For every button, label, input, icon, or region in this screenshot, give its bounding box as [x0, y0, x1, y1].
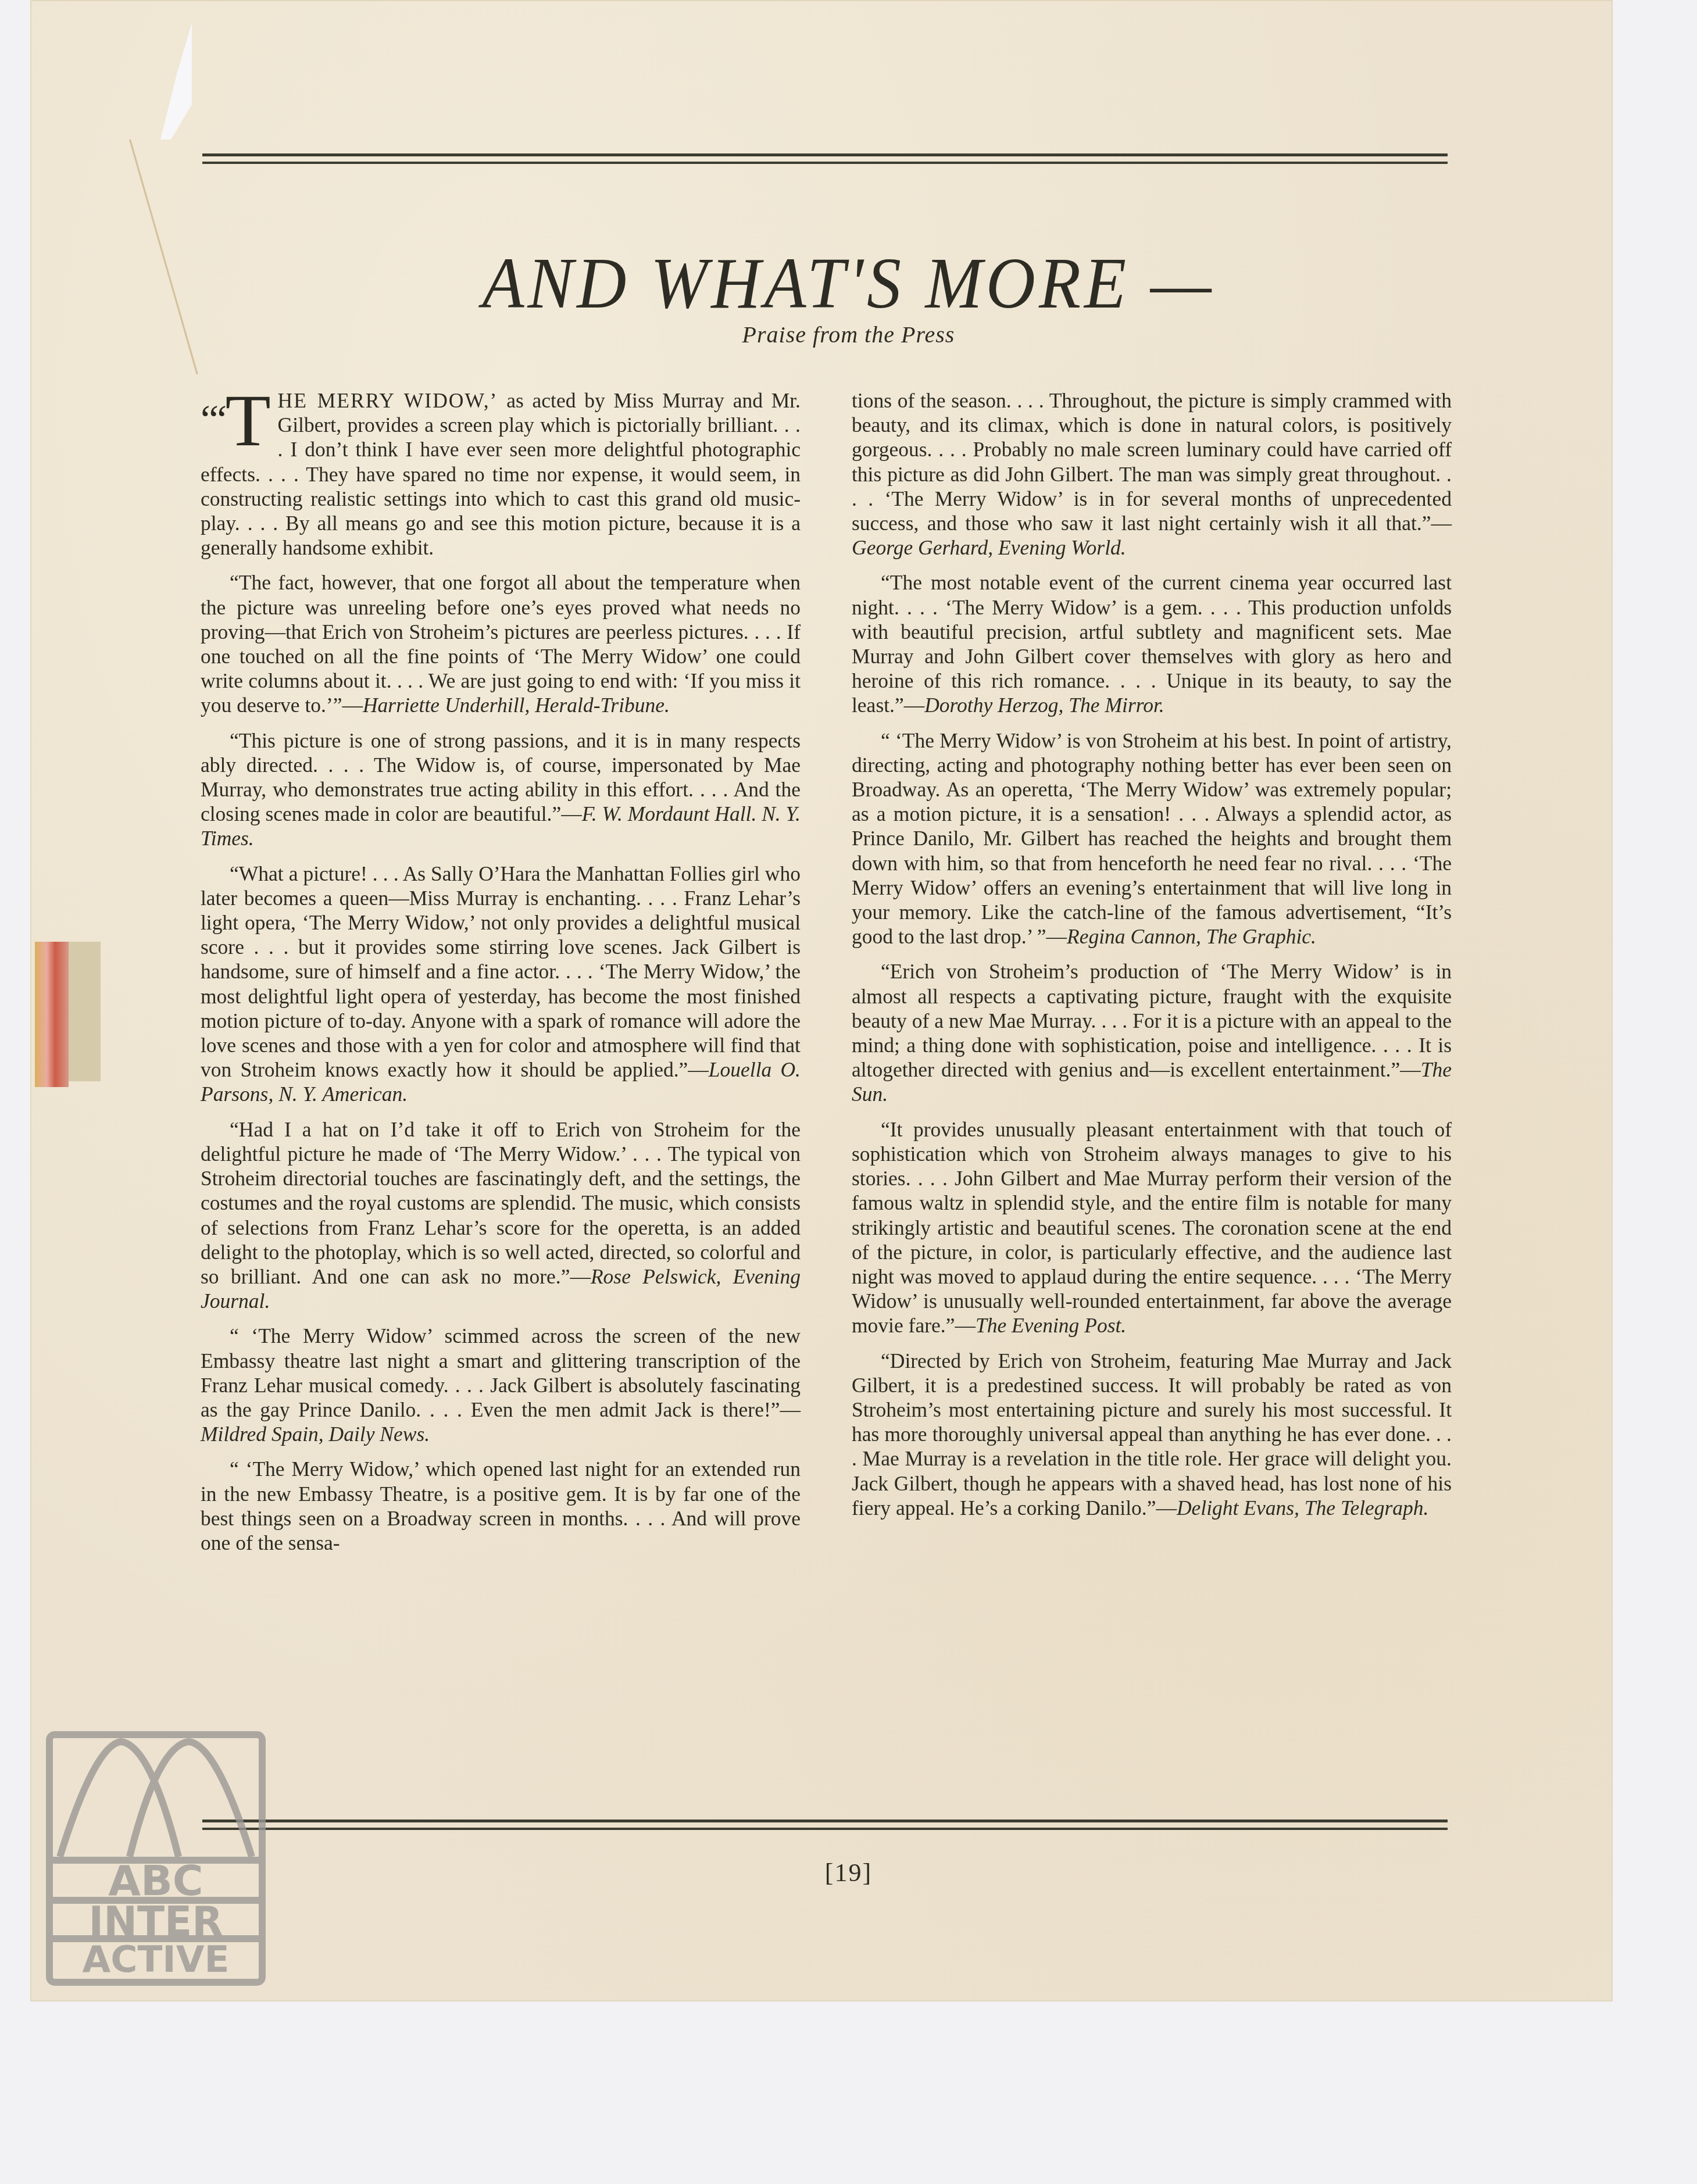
page-subtitle: Praise from the Press	[0, 321, 1697, 348]
review-citation: Harriette Underhill, Herald-Tribune.	[363, 694, 670, 717]
review-citation: Mildred Spain, Daily News.	[201, 1422, 430, 1446]
review-citation: Dorothy Herzog, The Mirror.	[924, 694, 1164, 717]
review-text: “ ‘The Merry Widow’ is von Stroheim at h…	[852, 729, 1452, 949]
review-paragraph: “The most notable event of the current c…	[852, 570, 1452, 717]
review-text: “ ‘The Merry Widow,’ which opened last n…	[201, 1457, 801, 1554]
review-paragraph: “Directed by Erich von Stroheim, featuri…	[852, 1349, 1452, 1520]
review-paragraph: “This picture is one of strong passions,…	[201, 728, 801, 851]
left-column: “‘THE MERRY WIDOW,’ as acted by Miss Mur…	[201, 388, 801, 1565]
review-paragraph: “What a picture! . . . As Sally O’Hara t…	[201, 862, 801, 1107]
review-paragraph: “Erich von Stroheim’s production of ‘The…	[852, 959, 1452, 1106]
top-double-rule	[202, 153, 1448, 171]
review-paragraph: “ ‘The Merry Widow’ scimmed across the s…	[201, 1324, 801, 1446]
review-text: “Directed by Erich von Stroheim, featuri…	[852, 1349, 1452, 1520]
review-paragraph: “ ‘The Merry Widow’ is von Stroheim at h…	[852, 728, 1452, 949]
review-paragraph: “‘THE MERRY WIDOW,’ as acted by Miss Mur…	[201, 388, 801, 560]
review-paragraph: “The fact, however, that one forgot all …	[201, 570, 801, 717]
tape-stain	[35, 942, 69, 1087]
review-paragraph: “ ‘The Merry Widow,’ which opened last n…	[201, 1457, 801, 1555]
svg-text:ACTIVE: ACTIVE	[82, 1938, 229, 1981]
review-text: “It provides unusually pleasant entertai…	[852, 1118, 1452, 1338]
review-paragraph: tions of the season. . . . Throughout, t…	[852, 388, 1452, 560]
abc-interactive-archive-logo-icon: ABC INTER ACTIVE	[42, 1728, 270, 1989]
page-title: AND WHAT'S MORE —	[0, 242, 1697, 326]
review-text: “ ‘The Merry Widow’ scimmed across the s…	[201, 1324, 801, 1421]
review-text: “Had I a hat on I’d take it off to Erich…	[201, 1118, 801, 1288]
review-text: “What a picture! . . . As Sally O’Hara t…	[201, 862, 801, 1082]
review-citation: Regina Cannon, The Graphic.	[1067, 925, 1316, 948]
review-paragraph: “Had I a hat on I’d take it off to Erich…	[201, 1117, 801, 1314]
bottom-double-rule	[202, 1820, 1448, 1837]
review-citation: The Evening Post.	[976, 1314, 1126, 1337]
right-column: tions of the season. . . . Throughout, t…	[852, 388, 1452, 1531]
review-citation: George Gerhard, Evening World.	[852, 536, 1126, 559]
paper-tear	[157, 23, 192, 140]
lead-caps: HE MERRY WIDOW,’	[278, 389, 498, 412]
review-text: tions of the season. . . . Throughout, t…	[852, 389, 1452, 535]
tape-residue	[69, 942, 101, 1081]
review-paragraph: “It provides unusually pleasant entertai…	[852, 1117, 1452, 1338]
drop-cap: “‘T	[201, 391, 271, 450]
review-text: “Erich von Stroheim’s production of ‘The…	[852, 960, 1452, 1081]
svg-text:ABC: ABC	[108, 1856, 203, 1905]
review-citation: Delight Evans, The Telegraph.	[1177, 1496, 1429, 1520]
